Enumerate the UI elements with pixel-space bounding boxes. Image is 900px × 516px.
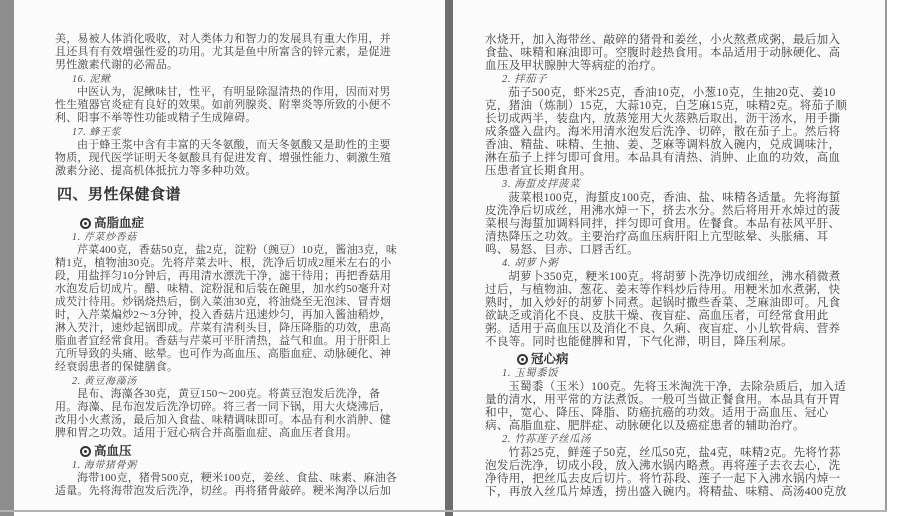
paragraph-line: 清热降压之功效。主要治疗高血压病肝阳上亢型眩晕、头胀痛、耳 bbox=[485, 230, 847, 243]
recipe-item-heading: 1. 芹菜炒香菇 bbox=[72, 231, 391, 244]
paragraph: 海带100克，猪骨500克，粳米100克，姜丝、食盐、味素、麻油各适量。先将海带… bbox=[55, 472, 391, 498]
paragraph: 美，易被人体消化吸收，对人类体力和智力的发展具有重大作用，并且还具有有效增强性爱… bbox=[55, 33, 391, 72]
paragraph-line: 竹荪25克，鲜莲子50克，丝瓜50克，盐4克，味精2克。先将竹荪 bbox=[485, 446, 847, 459]
paragraph: 玉蜀黍（玉米）100克。先将玉米淘洗干净，去除杂质后，加入适量的清水，用平常的方… bbox=[485, 380, 847, 432]
paragraph-line: 水烧开，加入海带丝、敲碎的猪骨和姜丝，小火熬煮成粥，最后加入 bbox=[485, 33, 847, 46]
paragraph-line: 脂血者宜经常食用。香菇与芹菜可平肝清热，益气和血。用于肝阳上 bbox=[55, 335, 391, 348]
paragraph: 中医认为，泥鳅味甘，性平，有明显除湿清热的作用，因而对男性生殖器官炎症有良好的效… bbox=[55, 86, 391, 125]
page-edge-line-right bbox=[885, 0, 887, 511]
paragraph-line: 克，猪油（炼制）15克，大蒜10克，白芝麻15克，味精2克。将茄子顺 bbox=[485, 99, 847, 112]
recipe-item-heading: 4. 胡萝卜粥 bbox=[502, 257, 847, 270]
paragraph: 昆布、海藻各30克，黄豆150～200克。将黄豆泡发后洗净，备用。海藻、昆布泡发… bbox=[55, 388, 391, 440]
section-heading-label: 高脂血症 bbox=[94, 216, 144, 230]
paragraph-line: 病、高脂血症、肥胖症、动脉硬化以及癌症患者的辅助治疗。 bbox=[485, 419, 847, 432]
paragraph: 芹菜400克，香菇50克，盐2克，淀粉（豌豆）10克，酱油3克，味精1克，植物油… bbox=[55, 244, 391, 374]
paragraph-line: 中医认为，泥鳅味甘，性平，有明显除湿清热的作用，因而对男 bbox=[55, 86, 391, 99]
recipe-item-heading: 3. 海蜇皮拌菠菜 bbox=[502, 178, 847, 191]
paragraph-line: 鸣、易怒、目赤、口唇舌红。 bbox=[485, 243, 847, 256]
center-gutter-band bbox=[445, 0, 453, 516]
paragraph-line: 精1克，植物油30克。先将芹菜去叶、根，洗净后切成2厘米左右的小 bbox=[55, 257, 391, 270]
section-heading-label: 冠心病 bbox=[531, 352, 569, 366]
paragraph: 由于蜂王浆中含有丰富的天冬氨酸，而天冬氨酸又是助性的主要物质，现代医学证明天冬氨… bbox=[55, 139, 391, 178]
section-heading: 高脂血症 bbox=[80, 216, 391, 230]
recipe-item-heading: 2. 黄豆海藻汤 bbox=[72, 375, 391, 388]
paragraph-line: 血压及甲状腺肿大等病症的治疗。 bbox=[485, 59, 847, 72]
paragraph-line: 用。海藻、昆布泡发后洗净切碎。将三者一同下锅，用大火烧沸后， bbox=[55, 401, 391, 414]
recipe-item-heading: 1. 玉蜀黍饭 bbox=[502, 367, 847, 380]
paragraph-line: 菜根与海蜇加调料同拌，拌匀即可食用。佐餐食。本品有祛风平肝、 bbox=[485, 217, 847, 230]
paragraph: 菠菜根100克，海蜇皮100克，香油、盐、味精各适量。先将海蜇皮洗净后切成丝，用… bbox=[485, 191, 847, 256]
paragraph-line: 脾和胃之功效。适用于冠心病合并高脂血症、高血压者食用。 bbox=[55, 427, 391, 440]
paragraph: 茄子500克，虾米25克，香油10克，小葱10克，生抽20克、姜10克，猪油（炼… bbox=[485, 86, 847, 177]
paragraph-line: 香油、精盐、味精、生抽、姜、芝麻等调料放入碗内，兑成调味汁， bbox=[485, 138, 847, 151]
paragraph-line: 下，再放入丝瓜片焯透，捞出盛入碗内。将精盐、味精、高汤400克放 bbox=[485, 485, 847, 498]
paragraph-line: 胡萝卜350克，粳米100克。将胡萝卜洗净切成细丝，沸水稍微煮 bbox=[485, 270, 847, 283]
chapter-heading: 四、男性保健食谱 bbox=[57, 187, 391, 204]
paragraph-line: 淋入芡汁，速炒起锅即成。芹菜有清利头目，降压降脂的功效，患高 bbox=[55, 322, 391, 335]
section-heading: 高血压 bbox=[80, 444, 391, 458]
scanned-page-left: 美，易被人体消化吸收，对人类体力和智力的发展具有重大作用，并且还具有有效增强性爱… bbox=[14, 0, 445, 510]
paragraph-line: 不良等。同时也能健脾和胃，下气化滞，明目，降压利尿。 bbox=[485, 335, 847, 348]
paragraph-line: 时，入芹菜煸炒2～3分钟，投入香菇片迅速炒匀，再加入酱油稍炒， bbox=[55, 309, 391, 322]
bullet-dot bbox=[521, 358, 524, 361]
paragraph-line: 熟时，加入炒好的胡萝卜同煮。起锅时撒些香菜、芝麻油即可。凡食 bbox=[485, 296, 847, 309]
paragraph-line: 净待用，把丝瓜去皮后切片。将竹荪段、莲子一起下入沸水锅内焯一 bbox=[485, 472, 847, 485]
paragraph-line: 物质，现代医学证明天冬氨酸具有促进发育、增强性能力、刺激生殖 bbox=[55, 152, 391, 165]
paragraph-line: 泡发后洗净，切成小段，放入沸水锅内略煮。再将莲子去衣去心，洗 bbox=[485, 459, 847, 472]
bullseye-bullet-icon bbox=[517, 354, 528, 365]
recipe-item-heading: 16. 泥鳅 bbox=[72, 73, 391, 86]
paragraph-line: 由于蜂王浆中含有丰富的天冬氨酸，而天冬氨酸又是助性的主要 bbox=[55, 139, 391, 152]
paragraph-line: 长切成两半，装盘内，放蒸笼用大火蒸熟后取出，沥干汤水，用手撕 bbox=[485, 112, 847, 125]
paragraph-line: 激素分泌、提高机体抵抗力等多种功效。 bbox=[55, 165, 391, 178]
paragraph-line: 经衰弱患者的保健膳食。 bbox=[55, 361, 391, 374]
paragraph-line: 亢所导致的头痛、眩晕。也可作为高血压、高脂血症、动脉硬化、神 bbox=[55, 348, 391, 361]
recipe-item-heading: 2. 拌茄子 bbox=[502, 73, 847, 86]
paragraph-line: 成条盛入盘内。海米用清水泡发后洗净、切碎，散在茄子上。然后将 bbox=[485, 125, 847, 138]
paragraph-line: 成芡汁待用。炒锅烧热后，倒入菜油30克，将油烧至无泡沫、冒青烟 bbox=[55, 296, 391, 309]
paragraph-line: 过后，与植物油、葱花、姜末等作料炒后待用。用粳米加水煮粥，快 bbox=[485, 283, 847, 296]
paragraph: 水烧开，加入海带丝、敲碎的猪骨和姜丝，小火熬煮成粥，最后加入食盐、味精和麻油即可… bbox=[485, 33, 847, 72]
paragraph-line: 和中，宽心、降压、降脂、防癌抗癌的功效。适用于高血压、冠心 bbox=[485, 406, 847, 419]
paragraph-line: 海带100克，猪骨500克，粳米100克，姜丝、食盐、味素、麻油各 bbox=[55, 472, 391, 485]
paragraph-line: 量的清水，用平常的方法煮饭。一般可当做正餐食用。本品具有开胃 bbox=[485, 393, 847, 406]
bullseye-bullet-icon bbox=[80, 218, 91, 229]
paragraph-line: 菠菜根100克，海蜇皮100克，香油、盐、味精各适量。先将海蜇 bbox=[485, 191, 847, 204]
paragraph: 竹荪25克，鲜莲子50克，丝瓜50克，盐4克，味精2克。先将竹荪泡发后洗净，切成… bbox=[485, 446, 847, 498]
scanned-page-right: 水烧开，加入海带丝、敲碎的猪骨和姜丝，小火熬煮成粥，最后加入食盐、味精和麻油即可… bbox=[453, 0, 885, 510]
paragraph-line: 昆布、海藻各30克，黄豆150～200克。将黄豆泡发后洗净，备 bbox=[55, 388, 391, 401]
paragraph: 胡萝卜350克，粳米100克。将胡萝卜洗净切成细丝，沸水稍微煮过后，与植物油、葱… bbox=[485, 270, 847, 348]
recipe-item-heading: 17. 蜂王浆 bbox=[72, 126, 391, 139]
section-heading-label: 高血压 bbox=[94, 444, 132, 458]
paragraph-line: 欲缺乏或消化不良、皮肤干燥、夜盲症、高血压者，可经常食用此 bbox=[485, 309, 847, 322]
paragraph-line: 美，易被人体消化吸收，对人类体力和智力的发展具有重大作用，并 bbox=[55, 33, 391, 46]
paragraph-line: 改用小火煮汤，最后加入食盐、味精调味即可。本品有利水消肿、健 bbox=[55, 414, 391, 427]
bullet-dot bbox=[84, 450, 87, 453]
paragraph-line: 压患者宜长期食用。 bbox=[485, 164, 847, 177]
paragraph-line: 水泡发后切成片。醋、味精、淀粉混和后装在碗里，加水约50毫升对 bbox=[55, 283, 391, 296]
section-heading: 冠心病 bbox=[517, 352, 847, 366]
paragraph-line: 男性激素代谢的必需品。 bbox=[55, 59, 391, 72]
paragraph-line: 芹菜400克，香菇50克，盐2克，淀粉（豌豆）10克，酱油3克，味 bbox=[55, 244, 391, 257]
bullseye-bullet-icon bbox=[80, 446, 91, 457]
paragraph-line: 粥。适用于高血压以及消化不良、久痢、夜盲症、小儿软骨病、营养 bbox=[485, 322, 847, 335]
left-gutter-band bbox=[0, 0, 14, 516]
recipe-item-heading: 1. 海带猪骨粥 bbox=[72, 459, 391, 472]
paragraph-line: 且还具有有效增强性爱的功用。尤其是鱼中所富含的锌元素，是促进 bbox=[55, 46, 391, 59]
paragraph-line: 适量。先将海带泡发后洗净，切丝。再将猪骨敲碎。粳米淘净以后加 bbox=[55, 485, 391, 498]
paragraph-line: 食盐、味精和麻油即可。空腹时趁热食用。本品适用于动脉硬化、高 bbox=[485, 46, 847, 59]
paragraph-line: 皮洗净后切成丝，用沸水焯一下，挤去水分。然后将用开水焯过的菠 bbox=[485, 204, 847, 217]
paragraph-line: 性生殖器官炎症有良好的效果。如前列腺炎、附睾炎等所致的小便不 bbox=[55, 99, 391, 112]
paragraph-line: 茄子500克，虾米25克，香油10克，小葱10克，生抽20克、姜10 bbox=[485, 86, 847, 99]
page-edge-line-bottom bbox=[0, 510, 887, 512]
recipe-item-heading: 2. 竹荪莲子丝瓜汤 bbox=[502, 433, 847, 446]
paragraph-line: 利、阳事不举等性功能或精子生成障碍。 bbox=[55, 112, 391, 125]
paragraph-line: 段，用盐拌匀10分钟后，再用清水漂洗干净，滤干待用；再把香菇用 bbox=[55, 270, 391, 283]
paragraph-line: 淋在茄子上拌匀即可食用。本品具有清热、消肿、止血的功效，高血 bbox=[485, 151, 847, 164]
bullet-dot bbox=[84, 222, 87, 225]
paragraph-line: 玉蜀黍（玉米）100克。先将玉米淘洗干净，去除杂质后，加入适 bbox=[485, 380, 847, 393]
